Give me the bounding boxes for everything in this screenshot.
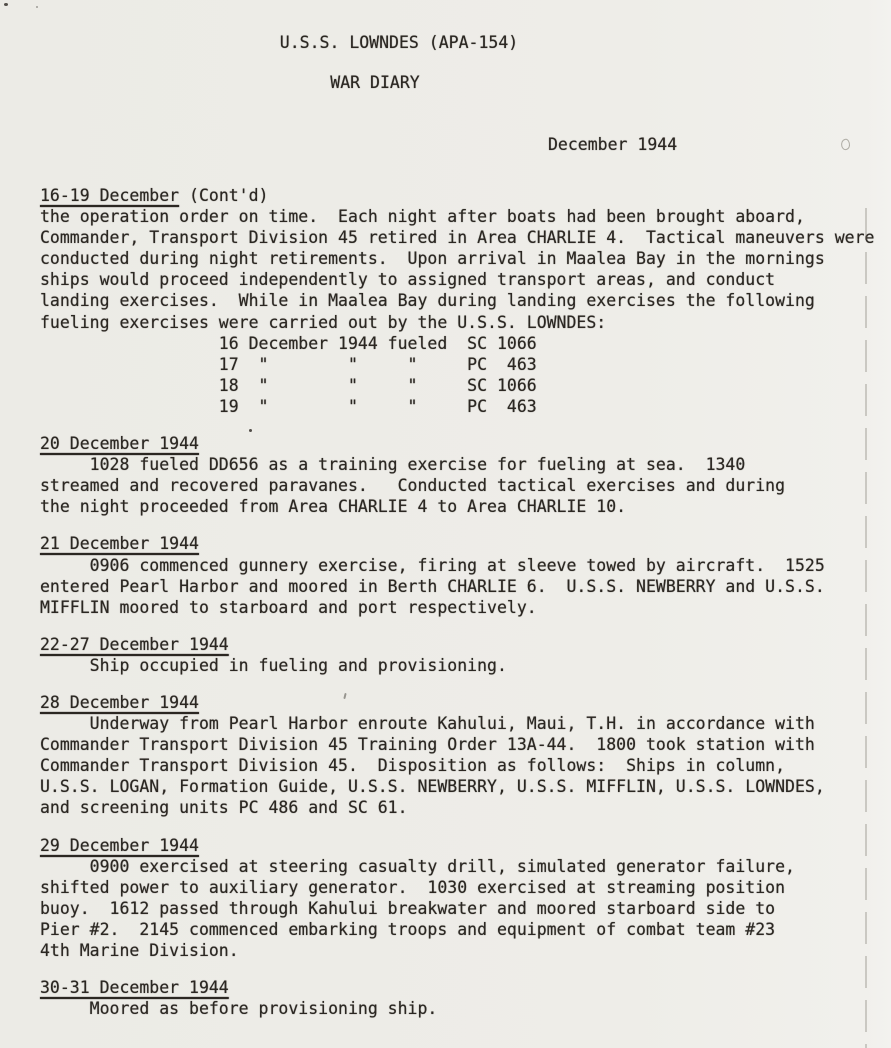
entry-body: 0906 commenced gunnery exercise, firing … (40, 555, 891, 618)
diary-entry-16-19-dec: 16-19 December (Cont'd) the operation or… (40, 185, 891, 417)
scan-speck (36, 6, 38, 8)
diary-entry-20-dec: 20 December 1944 1028 fueled DD656 as a … (40, 433, 891, 517)
entry-body: the operation order on time. Each night … (40, 206, 891, 417)
diary-entry-28-dec: 28 December 1944 Underway from Pearl Har… (40, 692, 891, 819)
document-subtitle: WAR DIARY (0, 72, 750, 93)
entry-heading: 29 December 1944 (40, 835, 891, 856)
entry-heading: 22-27 December 1944 (40, 634, 891, 655)
entry-date: 28 December 1944 (40, 693, 199, 712)
diary-entry-21-dec: 21 December 1944 0906 commenced gunnery … (40, 533, 891, 617)
diary-entry-29-dec: 29 December 1944 0900 exercised at steer… (40, 835, 891, 962)
entry-body: Ship occupied in fueling and provisionin… (40, 655, 891, 676)
diary-entry-22-27-dec: 22-27 December 1944 Ship occupied in fue… (40, 634, 891, 676)
diary-content: 16-19 December (Cont'd) the operation or… (40, 185, 891, 1019)
entry-date: 16-19 December (40, 186, 179, 205)
entry-body: Moored as before provisioning ship. (40, 998, 891, 1019)
document-title: U.S.S. LOWNDES (APA-154) (0, 32, 798, 53)
scan-squiggle-mark (840, 138, 852, 151)
scan-speck (4, 3, 8, 6)
entry-date-suffix: (Cont'd) (179, 186, 268, 205)
entry-heading: 20 December 1944 (40, 433, 891, 454)
document-dateline: December 1944 (548, 134, 677, 155)
entry-body: 0900 exercised at steering casualty dril… (40, 856, 891, 961)
paper-edge-line (865, 196, 867, 1048)
entry-heading: 21 December 1944 (40, 533, 891, 554)
entry-date: 21 December 1944 (40, 534, 199, 553)
entry-body: Underway from Pearl Harbor enroute Kahul… (40, 713, 891, 818)
entry-heading: 16-19 December (Cont'd) (40, 185, 891, 206)
war-diary-page: U.S.S. LOWNDES (APA-154) WAR DIARY Decem… (0, 0, 891, 1048)
entry-date: 30-31 December 1944 (40, 978, 229, 997)
entry-heading: 28 December 1944 (40, 692, 891, 713)
entry-heading: 30-31 December 1944 (40, 977, 891, 998)
diary-entry-30-31-dec: 30-31 December 1944 Moored as before pro… (40, 977, 891, 1019)
scan-speck (249, 429, 252, 432)
entry-date: 29 December 1944 (40, 836, 199, 855)
entry-body: 1028 fueled DD656 as a training exercise… (40, 454, 891, 517)
entry-date: 20 December 1944 (40, 434, 199, 453)
entry-date: 22-27 December 1944 (40, 635, 229, 654)
